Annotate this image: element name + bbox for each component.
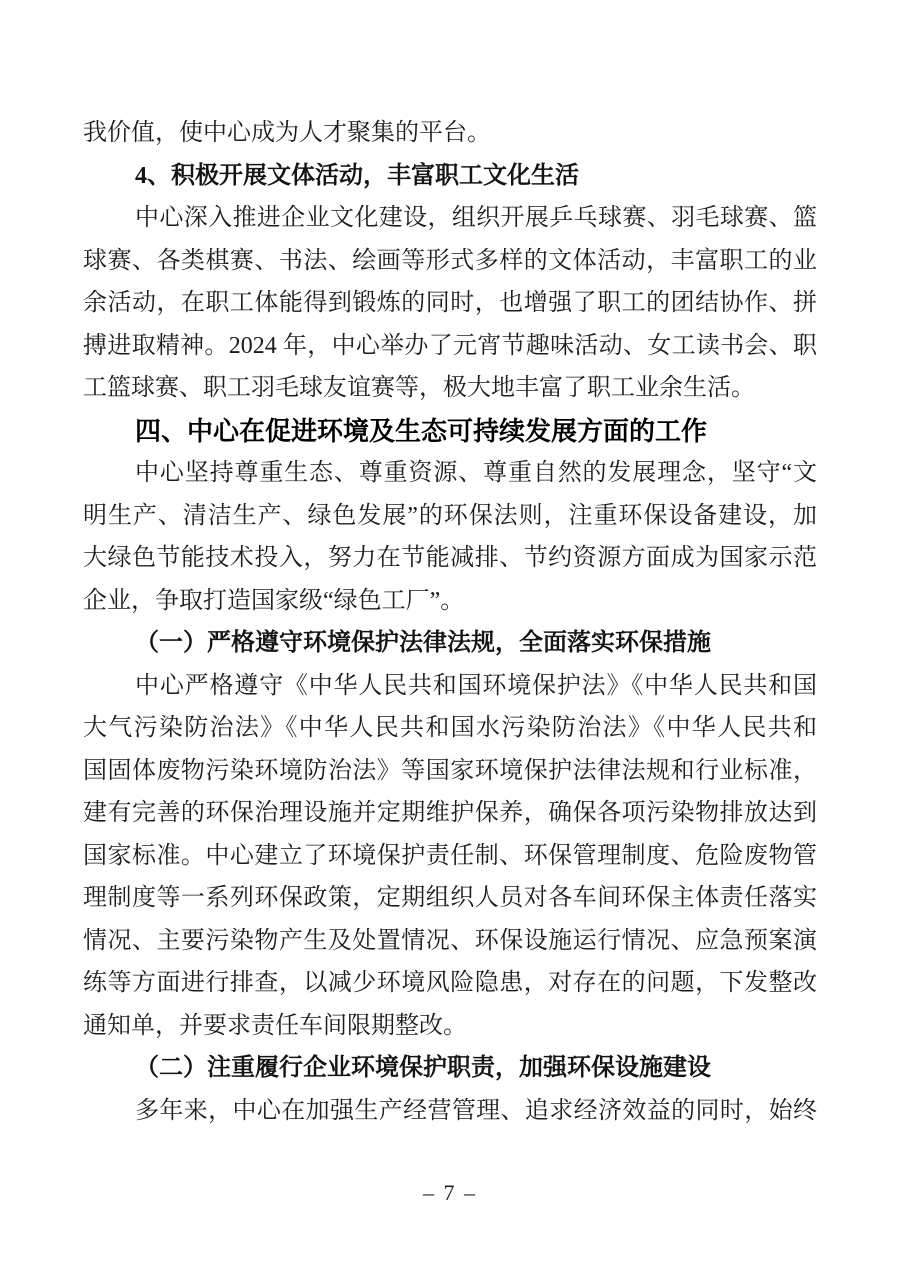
body-text-line: 多年来，中心在加强生产经营管理、追求经济效益的同时，始终 — [83, 1090, 817, 1133]
body-text-line: 企业，争取打造国家级“绿色工厂”。 — [83, 580, 817, 623]
body-text-line: 国家标准。中心建立了环境保护责任制、环保管理制度、危险废物管 — [83, 835, 817, 878]
body-text-line: 理制度等一系列环保政策，定期组织人员对各车间环保主体责任落实 — [83, 877, 817, 920]
body-text-line: 大气污染防治法》《中华人民共和国水污染防治法》《中华人民共和 — [83, 707, 817, 750]
body-text-line: 中心坚持尊重生态、尊重资源、尊重自然的发展理念，坚守“文 — [83, 452, 817, 495]
body-text-line: 中心深入推进企业文化建设，组织开展乒乓球赛、羽毛球赛、篮 — [83, 197, 817, 240]
body-text-line: 大绿色节能技术投入，努力在节能减排、节约资源方面成为国家示范 — [83, 537, 817, 580]
body-text-line: 练等方面进行排查，以减少环境风险隐患，对存在的问题，下发整改 — [83, 962, 817, 1005]
page-number: – 7 – — [0, 1180, 900, 1206]
body-text-line: 球赛、各类棋赛、书法、绘画等形式多样的文体活动，丰富职工的业 — [83, 240, 817, 283]
body-text-line: 建有完善的环保治理设施并定期维护保养，确保各项污染物排放达到 — [83, 792, 817, 835]
body-text-line: 国固体废物污染环境防治法》等国家环境保护法律法规和行业标准， — [83, 750, 817, 793]
document-body: 我价值，使中心成为人才聚集的平台。4、积极开展文体活动，丰富职工文化生活中心深入… — [83, 112, 817, 1132]
numbered-heading: 4、积极开展文体活动，丰富职工文化生活 — [83, 155, 817, 198]
subsection-heading: （一）严格遵守环境保护法律法规，全面落实环保措施 — [83, 622, 817, 665]
body-text-line: 余活动，在职工体能得到锻炼的同时，也增强了职工的团结协作、拼 — [83, 282, 817, 325]
body-text-line: 工篮球赛、职工羽毛球友谊赛等，极大地丰富了职工业余生活。 — [83, 367, 817, 410]
section-heading: 四、中心在促进环境及生态可持续发展方面的工作 — [83, 410, 817, 453]
subsection-heading: （二）注重履行企业环境保护职责，加强环保设施建设 — [83, 1047, 817, 1090]
body-text-line: 明生产、清洁生产、绿色发展”的环保法则，注重环保设备建设，加 — [83, 495, 817, 538]
document-page: 我价值，使中心成为人才聚集的平台。4、积极开展文体活动，丰富职工文化生活中心深入… — [0, 0, 900, 1273]
body-text-line: 搏进取精神。2024 年，中心举办了元宵节趣味活动、女工读书会、职 — [83, 325, 817, 368]
body-text-line: 我价值，使中心成为人才聚集的平台。 — [83, 112, 817, 155]
body-text-line: 情况、主要污染物产生及处置情况、环保设施运行情况、应急预案演 — [83, 920, 817, 963]
body-text-line: 中心严格遵守《中华人民共和国环境保护法》《中华人民共和国 — [83, 665, 817, 708]
body-text-line: 通知单，并要求责任车间限期整改。 — [83, 1005, 817, 1048]
